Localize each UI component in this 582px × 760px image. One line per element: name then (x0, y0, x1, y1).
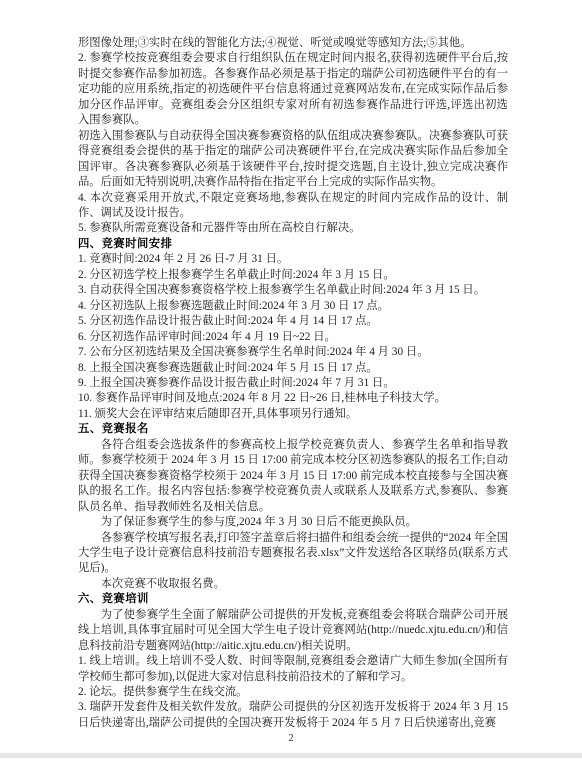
section-heading-schedule: 四、竞赛时间安排 (78, 237, 508, 252)
list-item: 8. 上报全国决赛参赛选题截止时间:2024 年 5 月 15 日 17 点。 (78, 361, 508, 376)
page-bottom-edge (0, 753, 582, 758)
document-page: 形图像处理;③实时在线的智能化方法;④视觉、听觉或嗅觉等感知方法;⑤其他。 2.… (78, 36, 508, 731)
list-item: 5. 分区初选作品设计报告截止时间:2024 年 4 月 14 日 17 点。 (78, 314, 508, 329)
paragraph: 初选入围参赛队与自动获得全国决赛参赛资格的队伍组成决赛参赛队。决赛参赛队可获得竞… (78, 129, 508, 191)
paragraph: 各参赛学校填写报名表,打印签字盖章后将扫描件和组委会统一提供的“2024 年全国… (78, 531, 508, 577)
list-item: 2. 分区初选学校上报参赛学生名单截止时间:2024 年 3 月 15 日。 (78, 268, 508, 283)
list-item: 7. 公布分区初选结果及全国决赛参赛学生名单时间:2024 年 4 月 30 日… (78, 345, 508, 360)
paragraph: 5. 参赛队所需竞赛设备和元器件等由所在高校自行解决。 (78, 221, 508, 236)
list-item: 11. 颁奖大会在评审结束后随即召开,具体事项另行通知。 (78, 407, 508, 422)
paragraph: 2. 参赛学校按竞赛组委会要求自行组织队伍在规定时间内报名,获得初选硬件平台后,… (78, 51, 508, 128)
paragraph: 各符合组委会选拔条件的参赛高校上报学校竞赛负责人、参赛学生名单和指导教师。参赛学… (78, 438, 508, 515)
list-item: 2. 论坛。提供参赛学生在线交流。 (78, 685, 508, 700)
paragraph: 本次竞赛不收取报名费。 (78, 577, 508, 592)
list-item: 1. 线上培训。线上培训不受人数、时间等限制,竞赛组委会邀请广大师生参加(全国所… (78, 654, 508, 685)
list-item: 10. 参赛作品评审时间及地点:2024 年 8 月 22 日~26 日,桂林电… (78, 391, 508, 406)
list-item: 4. 分区初选队上报参赛选题截止时间:2024 年 3 月 30 日 17 点。 (78, 299, 508, 314)
list-item: 3. 瑞萨开发套件及相关软件发放。瑞萨公司提供的分区初选开发板将于 2024 年… (78, 700, 508, 731)
paragraph: 4. 本次竞赛采用开放式,不限定竞赛场地,参赛队在规定的时间内完成作品的设计、制… (78, 191, 508, 222)
list-item: 9. 上报全国决赛参赛作品设计报告截止时间:2024 年 7 月 31 日。 (78, 376, 508, 391)
page-number: 2 (0, 733, 582, 744)
paragraph: 为了使参赛学生全面了解瑞萨公司提供的开发板,竞赛组委会将联合瑞萨公司开展线上培训… (78, 608, 508, 654)
paragraph: 为了保证参赛学生的参与度,2024 年 3 月 30 日后不能更换队员。 (78, 515, 508, 530)
section-heading-training: 六、竞赛培训 (78, 592, 508, 607)
section-heading-registration: 五、竞赛报名 (78, 422, 508, 437)
list-item: 1. 竞赛时间:2024 年 2 月 26 日-7 月 31 日。 (78, 252, 508, 267)
paragraph: 形图像处理;③实时在线的智能化方法;④视觉、听觉或嗅觉等感知方法;⑤其他。 (78, 36, 508, 51)
list-item: 3. 自动获得全国决赛参赛资格学校上报参赛学生名单截止时间:2024 年 3 月… (78, 283, 508, 298)
list-item: 6. 分区初选作品评审时间:2024 年 4 月 19 日~22 日。 (78, 330, 508, 345)
